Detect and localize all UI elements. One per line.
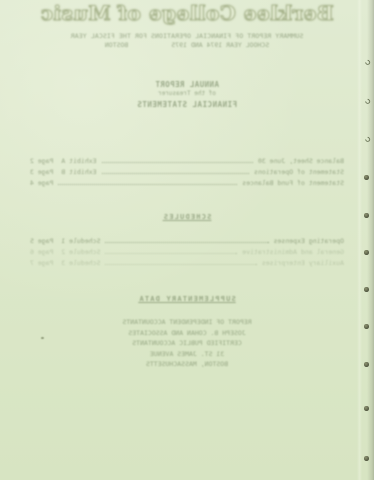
contents-ref: Exhibit A Page 2 [30, 157, 97, 165]
bleedthrough-layer: Berklee College of Music SUMMARY REPORT … [0, 0, 374, 480]
paper-crease-highlight [357, 0, 362, 480]
address-line: CERTIFIED PUBLIC ACCOUNTANTS [0, 338, 374, 349]
address-line: BOSTON, MASSACHUSETTS [0, 359, 374, 370]
schedules-row: Operating Expenses Schedule 1 Page 5 [30, 237, 344, 248]
ghost-schedules-heading: SCHEDULES [0, 213, 374, 221]
contents-ref: Exhibit B Page 3 [30, 168, 97, 176]
address-line: 31 ST. JAMES AVENUE [0, 349, 374, 360]
contents-ref: Page 4 [30, 179, 53, 187]
dot-leader [102, 173, 249, 174]
schedules-label: Operating Expenses [274, 237, 344, 245]
dot-leader [105, 264, 256, 265]
schedules-ref: Schedule 1 Page 5 [30, 237, 100, 245]
schedules-ref: Schedule 2 Page 6 [30, 248, 100, 256]
ghost-report-subheading: of the Treasurer [0, 90, 374, 97]
ghost-report-title: FINANCIAL STATEMENTS [0, 100, 374, 109]
dot-leader [105, 253, 237, 254]
contents-row: Statement of Fund Balances Page 4 [30, 179, 344, 190]
dot-leader [58, 184, 237, 185]
contents-label: Balance Sheet, June 30 [258, 157, 344, 165]
ghost-address-block: REPORT OF INDEPENDENT ACCOUNTANTSJOSEPH … [0, 317, 374, 370]
dot-leader [105, 242, 268, 243]
page-edge-shadow [367, 0, 374, 480]
ghost-report-heading: ANNUAL REPORT [0, 80, 374, 89]
contents-label: Statement of Fund Balances [242, 179, 344, 187]
schedules-label: Auxiliary Enterprises [262, 259, 344, 267]
contents-row: Balance Sheet, June 30 Exhibit A Page 2 [30, 157, 344, 168]
ghost-subtitle-line2: SCHOOL YEAR 1974 AND 1975 BOSTON [0, 41, 374, 49]
schedules-label: General and Administrative [242, 248, 344, 256]
dot-leader [102, 162, 253, 163]
schedules-row: Auxiliary Enterprises Schedule 3 Page 7 [30, 259, 344, 270]
ghost-contents-list: Balance Sheet, June 30 Exhibit A Page 2 … [30, 157, 344, 190]
address-line: REPORT OF INDEPENDENT ACCOUNTANTS [0, 317, 374, 328]
ghost-schedules-list: Operating Expenses Schedule 1 Page 5 Gen… [30, 237, 344, 270]
schedules-row: General and Administrative Schedule 2 Pa… [30, 248, 344, 259]
contents-row: Statement of Operations Exhibit B Page 3 [30, 168, 344, 179]
schedules-ref: Schedule 3 Page 7 [30, 259, 100, 267]
ghost-title: Berklee College of Music [0, 1, 374, 25]
ghost-subtitle-line1: SUMMARY REPORT OF FINANCIAL OPERATIONS F… [0, 32, 374, 40]
ghost-supplementary-heading: SUPPLEMENTARY DATA [0, 295, 374, 303]
address-line: JOSEPH B. COHAN AND ASSOCIATES [0, 328, 374, 339]
contents-label: Statement of Operations [254, 168, 344, 176]
scanned-green-page: Berklee College of Music SUMMARY REPORT … [0, 0, 374, 480]
